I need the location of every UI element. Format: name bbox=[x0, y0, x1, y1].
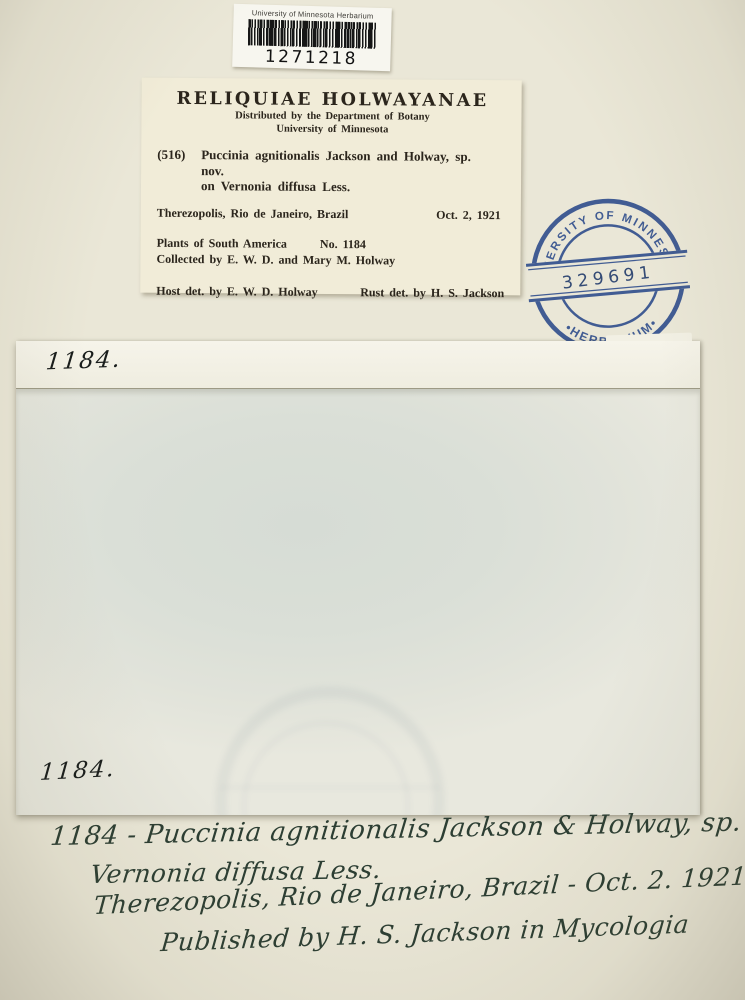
barcode-label: University of Minnesota Herbarium 127121… bbox=[232, 4, 392, 71]
collected-by: Collected by E. W. D. and Mary M. Holway bbox=[156, 252, 506, 269]
label-title: RELIQUIAE HOLWAYANAE bbox=[158, 89, 508, 111]
host-line: on Vernonia diffusa Less. bbox=[201, 179, 350, 195]
locality-row: Therezopolis, Rio de Janeiro, Brazil Oct… bbox=[157, 206, 507, 223]
stamp-showthrough bbox=[215, 686, 445, 815]
barcode-icon bbox=[248, 19, 377, 49]
series-row: Plants of South America No. 1184 bbox=[157, 236, 507, 253]
envelope-number-top: 1184. bbox=[45, 347, 124, 376]
collection-date: Oct. 2, 1921 bbox=[436, 208, 501, 223]
species-line1: Puccinia agnitionalis Jackson and Holway… bbox=[201, 147, 471, 164]
specimen-envelope: 1184. 1184. bbox=[16, 341, 700, 815]
label-institution: University of Minnesota bbox=[157, 122, 507, 138]
envelope-body bbox=[16, 389, 700, 815]
locality-text: Therezopolis, Rio de Janeiro, Brazil bbox=[157, 206, 349, 222]
species-name: Puccinia agnitionalis Jackson and Holway… bbox=[201, 147, 471, 196]
species-block: (516) Puccinia agnitionalis Jackson and … bbox=[157, 147, 507, 196]
host-determination: Host det. by E. W. D. Holway bbox=[156, 284, 317, 300]
herbarium-sheet: University of Minnesota Herbarium 127121… bbox=[0, 0, 745, 1000]
rust-determination: Rust det. by H. S. Jackson bbox=[360, 285, 504, 301]
determination-row: Host det. by E. W. D. Holway Rust det. b… bbox=[156, 284, 506, 301]
series-number: No. 1184 bbox=[320, 237, 366, 251]
barcode-number: 1271218 bbox=[232, 46, 390, 70]
specimen-label: RELIQUIAE HOLWAYANAE Distributed by the … bbox=[140, 78, 521, 296]
collection-number: (516) bbox=[157, 147, 201, 194]
species-line2: nov. bbox=[201, 163, 224, 178]
series-title: Plants of South America bbox=[157, 236, 287, 251]
annotation-line-4: Published by H. S. Jackson in Mycologia bbox=[159, 910, 690, 958]
envelope-number-bottom: 1184. bbox=[39, 756, 117, 786]
